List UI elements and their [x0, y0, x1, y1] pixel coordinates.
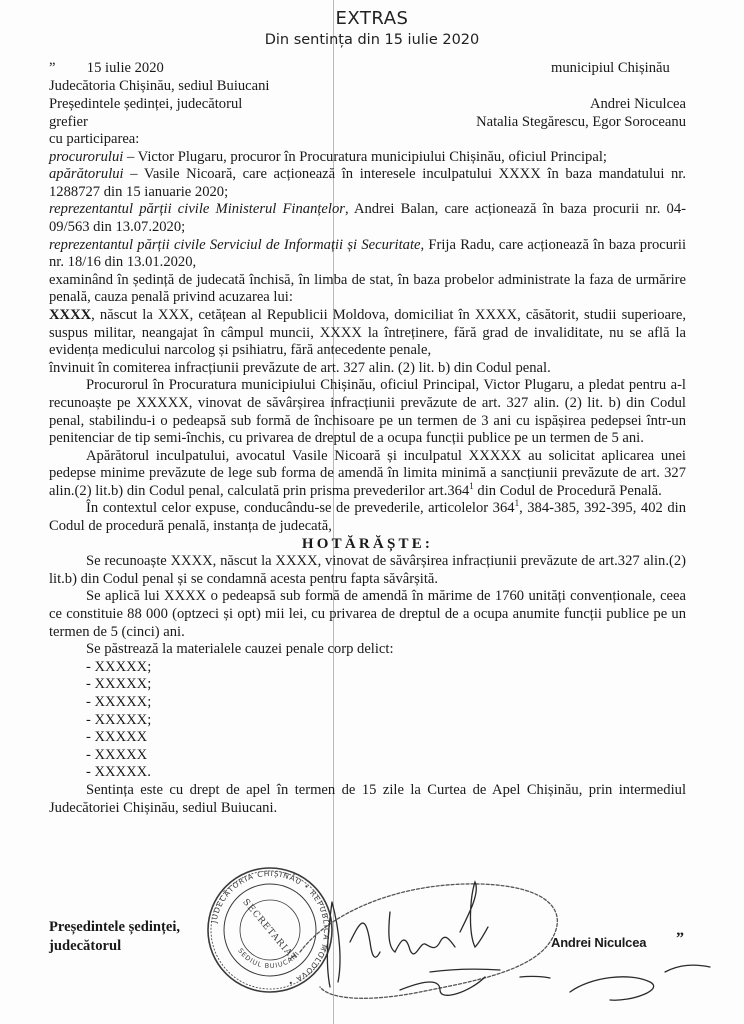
document-body: cu participarea: procurorului – Victor P… [49, 131, 686, 817]
signature-label-line1: Președintele ședinței, [49, 918, 180, 937]
accused-block: XXXX, născut la XXX, cetățean al Republi… [49, 307, 686, 360]
decree-heading: HOTĂRĂȘTE: [49, 536, 686, 554]
evidence-item: - XXXXX; [49, 694, 686, 712]
location: municipiul Chișinău [551, 60, 670, 77]
defense-plea: Apărătorul inculpatului, avocatul Vasile… [49, 448, 686, 501]
close-quote: ” [676, 930, 684, 948]
document-title: EXTRAS [0, 8, 744, 29]
participant-defender: apărătorului – Vasile Nicoară, care acți… [49, 166, 686, 201]
evidence-item: - XXXXX. [49, 764, 686, 782]
open-quote: ” [49, 60, 55, 76]
accused-details: , născut la XXX, cetățean al Republicii … [49, 307, 686, 358]
examination-paragraph: examinând în ședință de judecată închisă… [49, 272, 686, 307]
handwritten-signature-icon [270, 872, 740, 1012]
accused-name: XXXX [49, 307, 91, 323]
signature-name: Andrei Niculcea [551, 935, 646, 950]
clerk-names: Natalia Stegărescu, Egor Soroceanu [400, 114, 686, 131]
signature-label-line2: judecătorul [49, 937, 121, 956]
defender-text: – Vasile Nicoară, care acționează în int… [49, 166, 686, 200]
evidence-item: - XXXXX; [49, 712, 686, 730]
civil1-role: reprezentantul părții civile Ministerul … [49, 201, 345, 217]
evidence-item: - XXXXX [49, 729, 686, 747]
evidence-item: - XXXXX [49, 747, 686, 765]
charge-paragraph: învinuit în comiterea infracțiunii prevă… [49, 360, 686, 378]
appeal-paragraph: Sentința este cu drept de apel în termen… [49, 782, 686, 817]
date-line: ” 15 iulie 2020 [49, 60, 164, 77]
participants-intro: cu participarea: [49, 131, 686, 149]
ruling-guilty: Se recunoaște XXXX, născut la XXXX, vino… [49, 553, 686, 588]
document-subtitle: Din sentința din 15 iulie 2020 [0, 32, 744, 48]
evidence-item: - XXXXX; [49, 676, 686, 694]
clerk-label: grefier [49, 114, 88, 131]
participant-civil-party-2: reprezentantul părții civile Serviciul d… [49, 237, 686, 272]
participant-civil-party-1: reprezentantul părții civile Ministerul … [49, 201, 686, 236]
participant-prosecutor: procurorului – Victor Plugaru, procuror … [49, 149, 686, 167]
court-name: Judecătoria Chișinău, sediul Buiucani [49, 78, 269, 95]
defender-role: apărătorului [49, 166, 124, 182]
defense-plea-text-end: din Codul de Procedură Penală. [474, 483, 662, 499]
context-paragraph: În contextul celor expuse, conducându-se… [49, 500, 686, 535]
ruling-penalty: Se aplică lui XXXX o pedeapsă sub formă … [49, 588, 686, 641]
evidence-item: - XXXXX; [49, 659, 686, 677]
context-text: În contextul celor expuse, conducându-se… [86, 500, 515, 516]
presiding-name: Andrei Niculcea [400, 96, 686, 113]
document-page: EXTRAS Din sentința din 15 iulie 2020 ” … [0, 0, 744, 1024]
prosecutor-role: procurorului [49, 149, 123, 165]
prosecutor-plea: Procurorul în Procuratura municipiului C… [49, 377, 686, 447]
evidence-intro: Se păstrează la materialele cauzei penal… [49, 641, 686, 659]
prosecutor-text: – Victor Plugaru, procuror în Procuratur… [123, 149, 607, 165]
civil2-role: reprezentantul părții civile Serviciul d… [49, 237, 421, 253]
presiding-label: Președintele ședinței, judecătorul [49, 96, 242, 113]
sentence-date: 15 iulie 2020 [87, 60, 164, 76]
